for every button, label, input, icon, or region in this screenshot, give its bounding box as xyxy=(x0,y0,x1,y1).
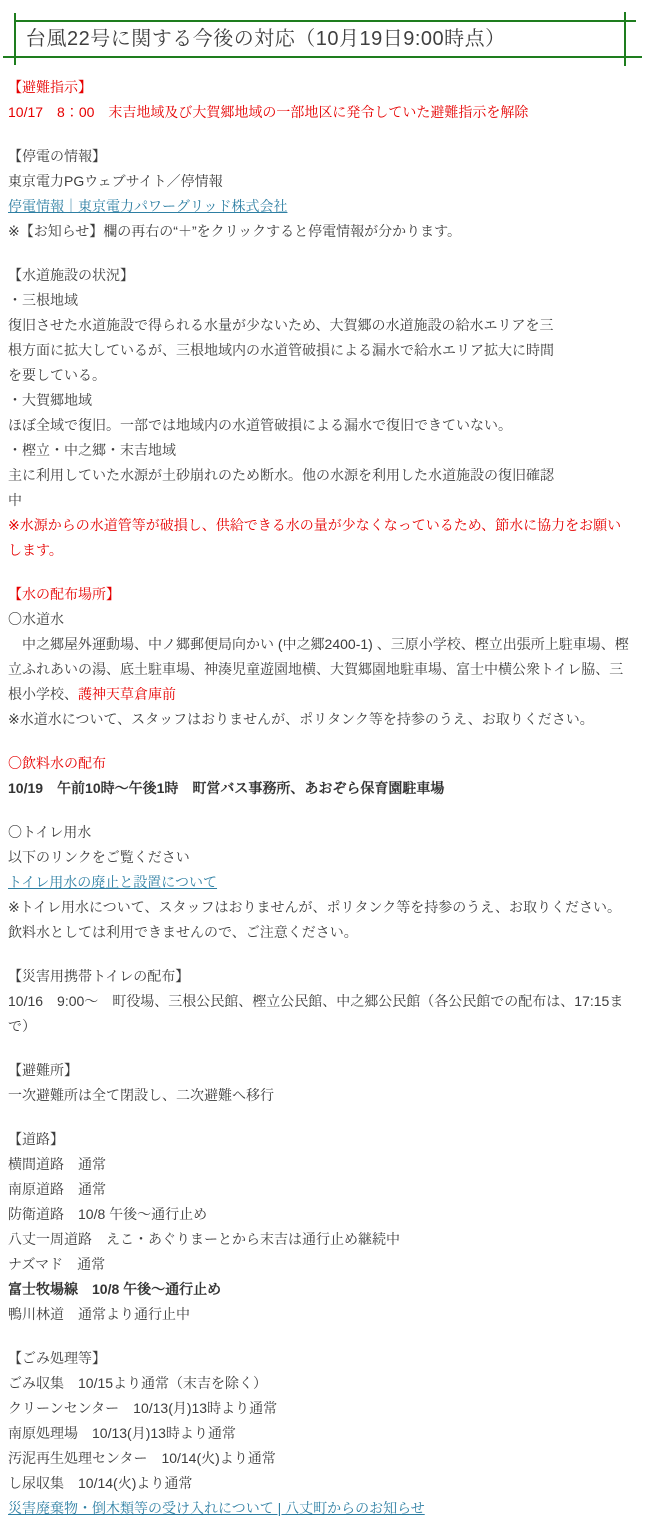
text-block-toilet-water: 〇トイレ用水以下のリンクをご覧くださいトイレ用水の廃止と設置について※トイレ用水… xyxy=(8,820,640,945)
text-line: 主に利用していた水源が土砂崩れのため断水。他の水源を利用した水道施設の復旧確認 xyxy=(8,463,640,488)
text-line: ※水源からの水道管等が破損し、供給できる水の量が少なくなっているため、節水に協力… xyxy=(8,513,640,538)
text-run: 【停電の情報】 xyxy=(8,148,106,164)
text-line: 以下のリンクをご覧ください xyxy=(8,845,640,870)
text-line: 飲料水としては利用できませんので、ご注意ください。 xyxy=(8,920,640,945)
text-run: ※水源からの水道管等が破損し、供給できる水の量が少なくなっているため、節水に協力… xyxy=(8,517,621,533)
text-line: ※【お知らせ】欄の再右の“＋”をクリックすると停電情報が分かります。 xyxy=(8,219,640,244)
text-run: 【水の配布場所】 xyxy=(8,586,120,602)
text-run: で） xyxy=(8,1018,36,1034)
text-run: 10/17 8：00 末吉地域及び大賀郷地域の一部地区に発令していた避難指示を解… xyxy=(8,104,528,120)
text-line: 根方面に拡大しているが、三根地域内の水道管破損による漏水で給水エリア拡大に時間 xyxy=(8,338,640,363)
text-line: 汚泥再生処理センター 10/14(火)より通常 xyxy=(8,1446,640,1471)
text-block-shelters: 【避難所】一次避難所は全て閉設し、二次避難へ移行 xyxy=(8,1058,640,1108)
text-run: 【災害用携帯トイレの配布】 xyxy=(8,968,189,984)
text-line: 一次避難所は全て閉設し、二次避難へ移行 xyxy=(8,1083,640,1108)
text-run: し尿収集 10/14(火)より通常 xyxy=(8,1475,192,1491)
page-title: 台風22号に関する今後の対応（10月19日9:00時点） xyxy=(26,26,506,52)
text-line: 立ふれあいの湯、底土駐車場、神湊児童遊園地横、大賀郷園地駐車場、富士中横公衆トイ… xyxy=(8,657,640,682)
text-run: ・三根地域 xyxy=(8,292,78,308)
text-line: 東京電力PGウェブサイト／停情報 xyxy=(8,169,640,194)
text-line: 防衛道路 10/8 午後～通行止め xyxy=(8,1202,640,1227)
text-block-garbage-disposal: 【ごみ処理等】ごみ収集 10/15より通常（末吉を除く）クリーンセンター 10/… xyxy=(8,1346,640,1521)
text-run: 八丈一周道路 えこ・あぐりまーとから末吉は通行止め継続中 xyxy=(8,1231,400,1247)
text-line: ごみ収集 10/15より通常（末吉を除く） xyxy=(8,1371,640,1396)
text-run: ほぼ全域で復旧。一部では地域内の水道管破損による漏水で復旧できていない。 xyxy=(8,417,512,433)
text-run: 横間道路 通常 xyxy=(8,1156,106,1172)
text-run: 汚泥再生処理センター 10/14(火)より通常 xyxy=(8,1450,276,1466)
text-line: ほぼ全域で復旧。一部では地域内の水道管破損による漏水で復旧できていない。 xyxy=(8,413,640,438)
text-line: 中之郷屋外運動場、中ノ郷郵便局向かい (中之郷2400-1) 、三原小学校、樫立… xyxy=(8,632,640,657)
section-heading: 〇トイレ用水 xyxy=(8,820,640,845)
section-heading: 【停電の情報】 xyxy=(8,144,640,169)
text-run: 10/19 午前10時～午後1時 町営バス事務所、あおぞら保育園駐車場 xyxy=(8,780,444,796)
text-run: 〇水道水 xyxy=(8,611,64,627)
text-run: 以下のリンクをご覧ください xyxy=(8,849,190,865)
text-run: 東京電力PGウェブサイト／停情報 xyxy=(8,173,223,189)
section-heading: 〇水道水 xyxy=(8,607,640,632)
text-run: 中之郷屋外運動場、中ノ郷郵便局向かい (中之郷2400-1) 、三原小学校、樫立… xyxy=(8,636,629,652)
text-run: 【避難所】 xyxy=(8,1062,78,1078)
text-line: 10/19 午前10時～午後1時 町営バス事務所、あおぞら保育園駐車場 xyxy=(8,776,640,801)
text-line: 南原処理場 10/13(月)13時より通常 xyxy=(8,1421,640,1446)
text-run: 〇トイレ用水 xyxy=(8,824,91,840)
text-block-emergency-portable-toilet: 【災害用携帯トイレの配布】10/16 9:00～ 町役場、三根公民館、樫立公民館… xyxy=(8,964,640,1039)
section-heading: 【水道施設の状況】 xyxy=(8,263,640,288)
text-line: 10/17 8：00 末吉地域及び大賀郷地域の一部地区に発令していた避難指示を解… xyxy=(8,100,640,125)
text-line: ・三根地域 xyxy=(8,288,640,313)
content: 【避難指示】10/17 8：00 末吉地域及び大賀郷地域の一部地区に発令していた… xyxy=(8,75,640,1521)
text-run: 復旧させた水道施設で得られる水量が少ないため、大賀郷の水道施設の給水エリアを三 xyxy=(8,317,553,333)
text-line: 復旧させた水道施設で得られる水量が少ないため、大賀郷の水道施設の給水エリアを三 xyxy=(8,313,640,338)
text-run: 南原道路 通常 xyxy=(8,1181,106,1197)
text-run: ※【お知らせ】欄の再右の“＋”をクリックすると停電情報が分かります。 xyxy=(8,223,461,239)
text-run: します。 xyxy=(8,542,63,558)
text-run: 防衛道路 10/8 午後～通行止め xyxy=(8,1206,207,1222)
text-line: し尿収集 10/14(火)より通常 xyxy=(8,1471,640,1496)
text-run: ごみ収集 10/15より通常（末吉を除く） xyxy=(8,1375,267,1391)
section-heading: 【避難指示】 xyxy=(8,75,640,100)
text-run: 中 xyxy=(8,492,22,508)
text-run: 鴨川林道 通常より通行止中 xyxy=(8,1306,190,1322)
title-border-left xyxy=(14,13,16,65)
text-run: 主に利用していた水源が土砂崩れのため断水。他の水源を利用した水道施設の復旧確認 xyxy=(8,467,554,483)
text-run: ※水道水について、スタッフはおりませんが、ポリタンク等を持参のうえ、お取りくださ… xyxy=(8,711,594,727)
text-line: 横間道路 通常 xyxy=(8,1152,640,1177)
text-block-evacuation-order: 【避難指示】10/17 8：00 末吉地域及び大賀郷地域の一部地区に発令していた… xyxy=(8,75,640,125)
section-heading: 【避難所】 xyxy=(8,1058,640,1083)
text-run: 【水道施設の状況】 xyxy=(8,267,134,283)
text-run: 南原処理場 10/13(月)13時より通常 xyxy=(8,1425,236,1441)
text-run: 護神天草倉庫前 xyxy=(78,686,176,702)
text-run: 富士牧場線 10/8 午後～通行止め xyxy=(8,1281,221,1297)
text-block-power-outage-info: 【停電の情報】東京電力PGウェブサイト／停情報停電情報｜東京電力パワーグリッド株… xyxy=(8,144,640,244)
text-line: ・樫立・中之郷・末吉地域 xyxy=(8,438,640,463)
text-line: します。 xyxy=(8,538,640,563)
text-line: 中 xyxy=(8,488,640,513)
text-line: 根小学校、護神天草倉庫前 xyxy=(8,682,640,707)
text-run: 【ごみ処理等】 xyxy=(8,1350,106,1366)
text-block-water-facility-status: 【水道施設の状況】・三根地域復旧させた水道施設で得られる水量が少ないため、大賀郷… xyxy=(8,263,640,563)
text-run: ・樫立・中之郷・末吉地域 xyxy=(8,442,176,458)
text-line: 停電情報｜東京電力パワーグリッド株式会社 xyxy=(8,194,640,219)
section-heading: 〇飲料水の配布 xyxy=(8,751,640,776)
text-run: 【避難指示】 xyxy=(8,79,92,95)
title-border-right xyxy=(624,12,626,66)
text-line: 災害廃棄物・倒木類等の受け入れについて | 八丈町からのお知らせ xyxy=(8,1496,640,1521)
link-toilet-water-notice[interactable]: トイレ用水の廃止と設置について xyxy=(8,874,217,890)
text-line: で） xyxy=(8,1014,640,1039)
text-line: 富士牧場線 10/8 午後～通行止め xyxy=(8,1277,640,1302)
text-block-roads: 【道路】横間道路 通常南原道路 通常防衛道路 10/8 午後～通行止め八丈一周道… xyxy=(8,1127,640,1327)
title-border-top xyxy=(15,20,636,22)
section-heading: 【道路】 xyxy=(8,1127,640,1152)
text-run: ナズマド 通常 xyxy=(8,1256,105,1272)
text-line: トイレ用水の廃止と設置について xyxy=(8,870,640,895)
link-disaster-waste-acceptance[interactable]: 災害廃棄物・倒木類等の受け入れについて | 八丈町からのお知らせ xyxy=(8,1500,425,1516)
text-line: クリーンセンター 10/13(月)13時より通常 xyxy=(8,1396,640,1421)
text-run: 〇飲料水の配布 xyxy=(8,755,106,771)
text-run: を要している。 xyxy=(8,367,106,383)
text-run: 一次避難所は全て閉設し、二次避難へ移行 xyxy=(8,1087,274,1103)
text-run: 【道路】 xyxy=(8,1131,64,1147)
text-line: ・大賀郷地域 xyxy=(8,388,640,413)
text-run: 根方面に拡大しているが、三根地域内の水道管破損による漏水で給水エリア拡大に時間 xyxy=(8,342,554,358)
text-line: を要している。 xyxy=(8,363,640,388)
title-border-bottom xyxy=(3,56,642,58)
section-heading: 【ごみ処理等】 xyxy=(8,1346,640,1371)
text-block-drinking-water-distribution: 〇飲料水の配布10/19 午前10時～午後1時 町営バス事務所、あおぞら保育園駐… xyxy=(8,751,640,801)
section-heading: 【水の配布場所】 xyxy=(8,582,640,607)
text-run: 立ふれあいの湯、底土駐車場、神湊児童遊園地横、大賀郷園地駐車場、富士中横公衆トイ… xyxy=(8,661,623,677)
text-line: 鴨川林道 通常より通行止中 xyxy=(8,1302,640,1327)
text-run: ・大賀郷地域 xyxy=(8,392,92,408)
text-line: ※水道水について、スタッフはおりませんが、ポリタンク等を持参のうえ、お取りくださ… xyxy=(8,707,640,732)
text-line: 八丈一周道路 えこ・あぐりまーとから末吉は通行止め継続中 xyxy=(8,1227,640,1252)
text-run: クリーンセンター 10/13(月)13時より通常 xyxy=(8,1400,277,1416)
text-run: 10/16 9:00～ 町役場、三根公民館、樫立公民館、中之郷公民館（各公民館で… xyxy=(8,993,623,1009)
text-run: ※トイレ用水について、スタッフはおりませんが、ポリタンク等を持参のうえ、お取りく… xyxy=(8,899,621,915)
section-heading: 【災害用携帯トイレの配布】 xyxy=(8,964,640,989)
text-run: 飲料水としては利用できませんので、ご注意ください。 xyxy=(8,924,358,940)
text-line: ※トイレ用水について、スタッフはおりませんが、ポリタンク等を持参のうえ、お取りく… xyxy=(8,895,640,920)
link-power-outage-info[interactable]: 停電情報｜東京電力パワーグリッド株式会社 xyxy=(8,198,287,214)
text-line: 南原道路 通常 xyxy=(8,1177,640,1202)
text-line: 10/16 9:00～ 町役場、三根公民館、樫立公民館、中之郷公民館（各公民館で… xyxy=(8,989,640,1014)
text-block-water-distribution-locations: 【水の配布場所】〇水道水 中之郷屋外運動場、中ノ郷郵便局向かい (中之郷2400… xyxy=(8,582,640,732)
text-run: 根小学校、 xyxy=(8,686,78,702)
text-line: ナズマド 通常 xyxy=(8,1252,640,1277)
